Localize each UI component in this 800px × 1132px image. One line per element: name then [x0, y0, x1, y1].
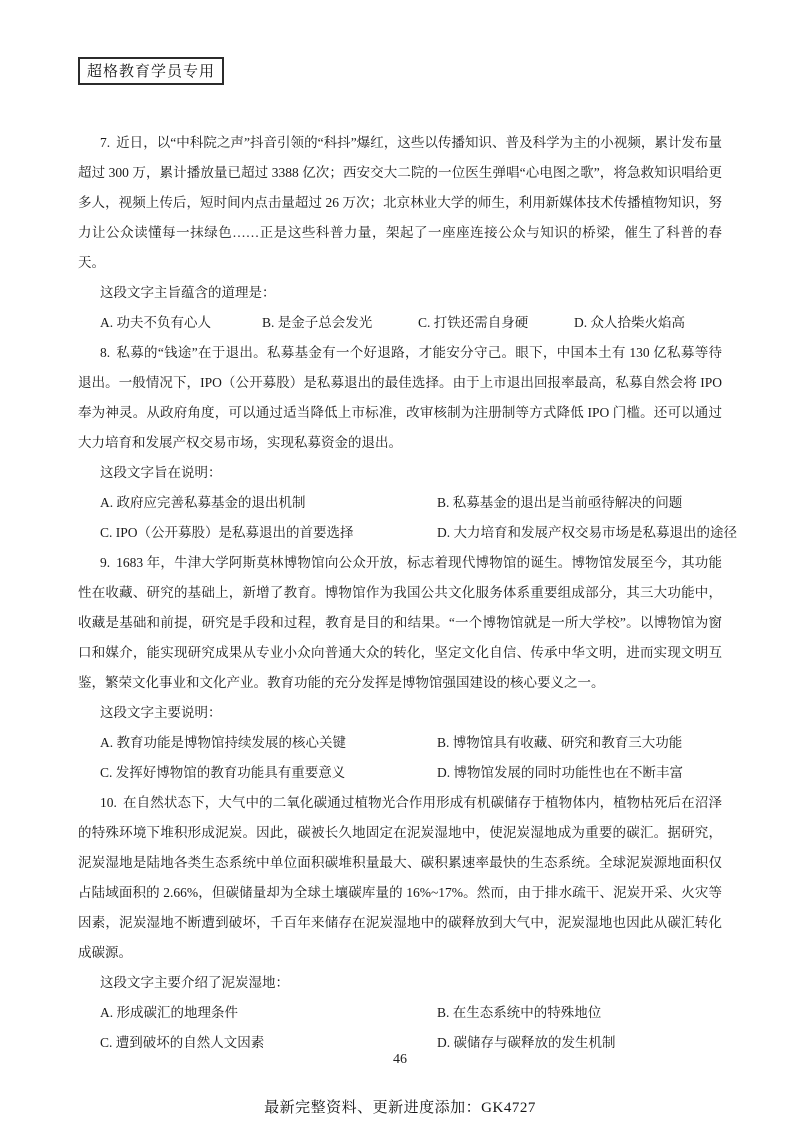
- question-10-option-b: B. 在生态系统中的特殊地位: [437, 998, 722, 1028]
- question-7: 7.近日，以“中科院之声”抖音引领的“科抖”爆红，这些以传播知识、普及科学为主的…: [78, 128, 722, 338]
- question-7-options: A. 功夫不负有心人 B. 是金子总会发光 C. 打铁还需自身硬 D. 众人拾柴…: [100, 308, 722, 338]
- question-10: 10.在自然状态下，大气中的二氧化碳通过植物光合作用形成有机碳储存于植物体内，植…: [78, 788, 722, 1058]
- question-9-stem: 这段文字主要说明：: [78, 698, 722, 728]
- question-9-option-c: C. 发挥好博物馆的教育功能具有重要意义: [100, 758, 437, 788]
- question-8-option-b: B. 私募基金的退出是当前亟待解决的问题: [437, 488, 737, 518]
- question-10-option-a: A. 形成碳汇的地理条件: [100, 998, 437, 1028]
- footer-note: 最新完整资料、更新进度添加：GK4727: [0, 1096, 800, 1117]
- question-9-option-a: A. 教育功能是博物馆持续发展的核心关键: [100, 728, 437, 758]
- member-badge: 超格教育学员专用: [78, 57, 224, 85]
- question-8: 8.私募的“钱途”在于退出。私募基金有一个好退路，才能安分守己。眼下，中国本土有…: [78, 338, 722, 548]
- question-9-number: 9.: [100, 555, 110, 570]
- question-10-body: 10.在自然状态下，大气中的二氧化碳通过植物光合作用形成有机碳储存于植物体内，植…: [78, 788, 722, 968]
- question-8-text: 私募的“钱途”在于退出。私募基金有一个好退路，才能安分守己。眼下，中国本土有 1…: [78, 345, 722, 450]
- question-8-options: A. 政府应完善私募基金的退出机制 B. 私募基金的退出是当前亟待解决的问题 C…: [100, 488, 722, 548]
- question-8-stem: 这段文字旨在说明：: [78, 458, 722, 488]
- question-7-stem: 这段文字主旨蕴含的道理是：: [78, 278, 722, 308]
- question-7-option-d: D. 众人拾柴火焰高: [574, 308, 722, 338]
- question-8-option-d: D. 大力培育和发展产权交易市场是私募退出的途径: [437, 518, 737, 548]
- question-9-option-d: D. 博物馆发展的同时功能性也在不断丰富: [437, 758, 722, 788]
- question-9-body: 9.1683 年，牛津大学阿斯莫林博物馆向公众开放，标志着现代博物馆的诞生。博物…: [78, 548, 722, 698]
- question-10-options: A. 形成碳汇的地理条件 B. 在生态系统中的特殊地位 C. 遭到破坏的自然人文…: [100, 998, 722, 1058]
- question-8-option-c: C. IPO（公开募股）是私募退出的首要选择: [100, 518, 437, 548]
- question-9-text: 1683 年，牛津大学阿斯莫林博物馆向公众开放，标志着现代博物馆的诞生。博物馆发…: [78, 555, 722, 690]
- page-number: 46: [0, 1052, 800, 1068]
- question-10-text: 在自然状态下，大气中的二氧化碳通过植物光合作用形成有机碳储存于植物体内，植物枯死…: [78, 795, 722, 960]
- question-10-number: 10.: [100, 795, 117, 810]
- question-7-text: 近日，以“中科院之声”抖音引领的“科抖”爆红，这些以传播知识、普及科学为主的小视…: [78, 135, 722, 270]
- question-10-stem: 这段文字主要介绍了泥炭湿地：: [78, 968, 722, 998]
- question-7-number: 7.: [100, 135, 110, 150]
- question-7-option-c: C. 打铁还需自身硬: [418, 308, 574, 338]
- questions-area: 7.近日，以“中科院之声”抖音引领的“科抖”爆红，这些以传播知识、普及科学为主的…: [78, 128, 722, 1058]
- question-7-option-a: A. 功夫不负有心人: [100, 308, 262, 338]
- question-7-option-b: B. 是金子总会发光: [262, 308, 418, 338]
- exam-page: 超格教育学员专用 7.近日，以“中科院之声”抖音引领的“科抖”爆红，这些以传播知…: [0, 0, 800, 1132]
- question-9: 9.1683 年，牛津大学阿斯莫林博物馆向公众开放，标志着现代博物馆的诞生。博物…: [78, 548, 722, 788]
- question-8-body: 8.私募的“钱途”在于退出。私募基金有一个好退路，才能安分守己。眼下，中国本土有…: [78, 338, 722, 458]
- question-8-number: 8.: [100, 345, 110, 360]
- question-9-option-b: B. 博物馆具有收藏、研究和教育三大功能: [437, 728, 722, 758]
- question-7-body: 7.近日，以“中科院之声”抖音引领的“科抖”爆红，这些以传播知识、普及科学为主的…: [78, 128, 722, 278]
- question-9-options: A. 教育功能是博物馆持续发展的核心关键 B. 博物馆具有收藏、研究和教育三大功…: [100, 728, 722, 788]
- question-8-option-a: A. 政府应完善私募基金的退出机制: [100, 488, 437, 518]
